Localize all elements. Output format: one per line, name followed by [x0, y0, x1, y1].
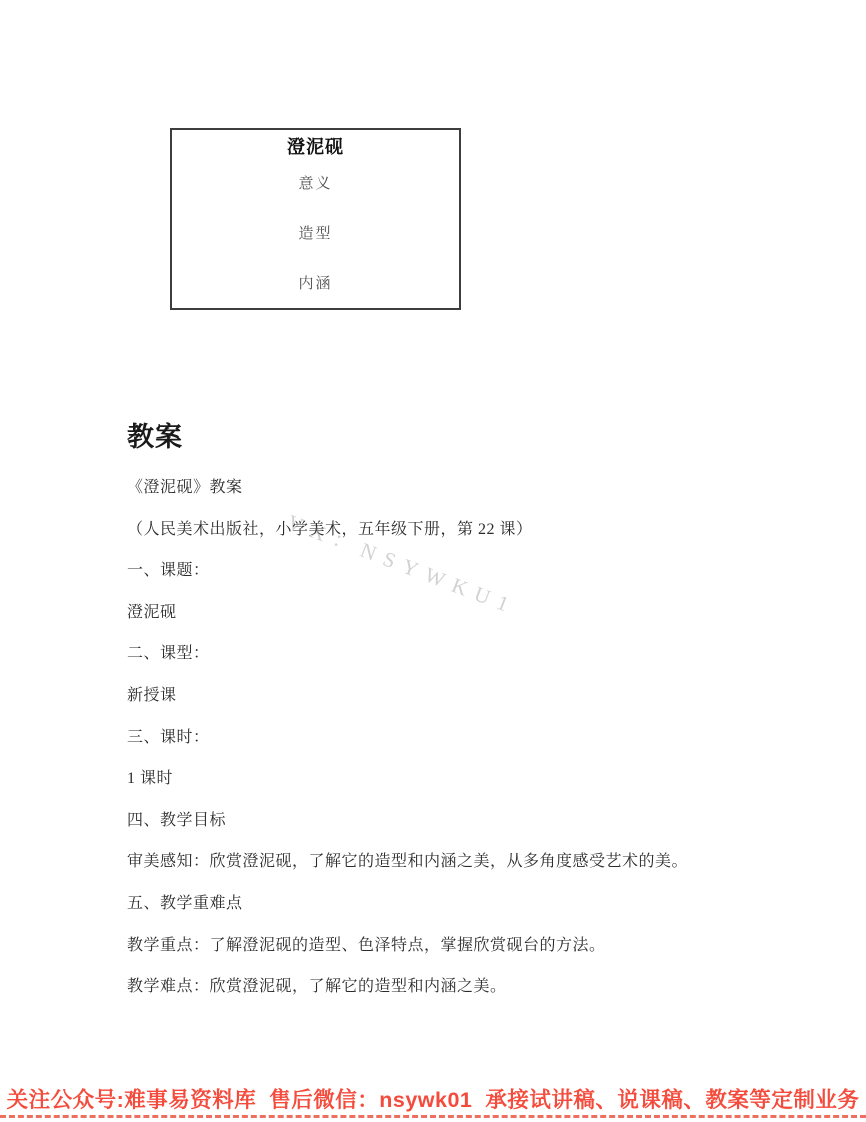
- doc-line-section3-label: 三、课时：: [127, 717, 787, 759]
- doc-line-aesthetic-goal: 审美感知：欣赏澄泥砚，了解它的造型和内涵之美，从多角度感受艺术的美。: [127, 841, 787, 883]
- footer-promo-text: 关注公众号:难事易资料库 售后微信：nsywk01 承接试讲稿、说课稿、教案等定…: [0, 1083, 866, 1114]
- doc-line-difficult-point: 教学难点：欣赏澄泥砚，了解它的造型和内涵之美。: [127, 966, 787, 1008]
- doc-line-source: （人民美术出版社，小学美术，五年级下册，第 22 课）: [127, 509, 787, 551]
- concept-diagram-box: 澄泥砚 意义 造型 内涵: [170, 128, 461, 310]
- doc-line-section1-label: 一、课题：: [127, 550, 787, 592]
- doc-line-section4-label: 四、教学目标: [127, 800, 787, 842]
- doc-line-section2-value: 新授课: [127, 675, 787, 717]
- document-body: 《澄泥砚》教案 （人民美术出版社，小学美术，五年级下册，第 22 课） 一、课题…: [127, 467, 787, 1008]
- doc-line-section3-value: 1 课时: [127, 758, 787, 800]
- footer-dashed-divider: [0, 1115, 866, 1118]
- doc-line-section2-label: 二、课型：: [127, 633, 787, 675]
- diagram-title: 澄泥砚: [172, 133, 459, 159]
- page-title: 教案: [127, 415, 183, 454]
- doc-line-section1-value: 澄泥砚: [127, 592, 787, 634]
- diagram-item-connotation: 内涵: [172, 272, 459, 293]
- doc-line-title: 《澄泥砚》教案: [127, 467, 787, 509]
- diagram-item-shape: 造型: [172, 222, 459, 243]
- diagram-item-meaning: 意义: [172, 172, 459, 193]
- doc-line-section5-label: 五、教学重难点: [127, 883, 787, 925]
- doc-line-key-point: 教学重点：了解澄泥砚的造型、色泽特点，掌握欣赏砚台的方法。: [127, 925, 787, 967]
- document-page: 澄泥砚 意义 造型 内涵 VX：NSYWKU1 教案 《澄泥砚》教案 （人民美术…: [0, 0, 866, 1122]
